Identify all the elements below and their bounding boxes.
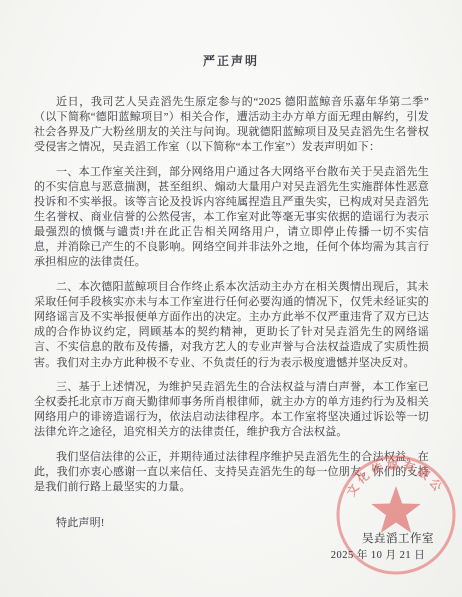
signature-studio-name: 吴垚滔工作室 [348,530,448,546]
statement-paragraph: 三、基于上述情况，为维护吴垚滔先生的合法权益与清白声誉，本工作室已全权委托北京市… [34,380,429,440]
svg-text:文化传媒有限公司: 文化传媒有限公司 [333,452,446,499]
statement-paragraph: 近日，我司艺人吴垚滔先生原定参与的“2025 德阳蓝鲸音乐嘉年华第二季”（以下简… [34,95,429,155]
statement-paragraph: 二、本次德阳蓝鲸项目合作终止系本次活动主办方在相关舆情出现后，其未采取任何手段核… [34,280,429,371]
signature-date: 2025 年 10 月 21 日 [322,547,434,562]
statement-title: 严正声明 [0,0,462,69]
statement-paragraph: 一、本工作室关注到，部分网络用户通过各大网络平台散布关于吴垚滔先生的不实信息与恶… [34,165,429,271]
seal-star-icon [371,486,420,533]
seal-arc-text: 文化传媒有限公司 [333,452,446,499]
statement-document: 严正声明 近日，我司艺人吴垚滔先生原定参与的“2025 德阳蓝鲸音乐嘉年华第二季… [0,0,462,597]
